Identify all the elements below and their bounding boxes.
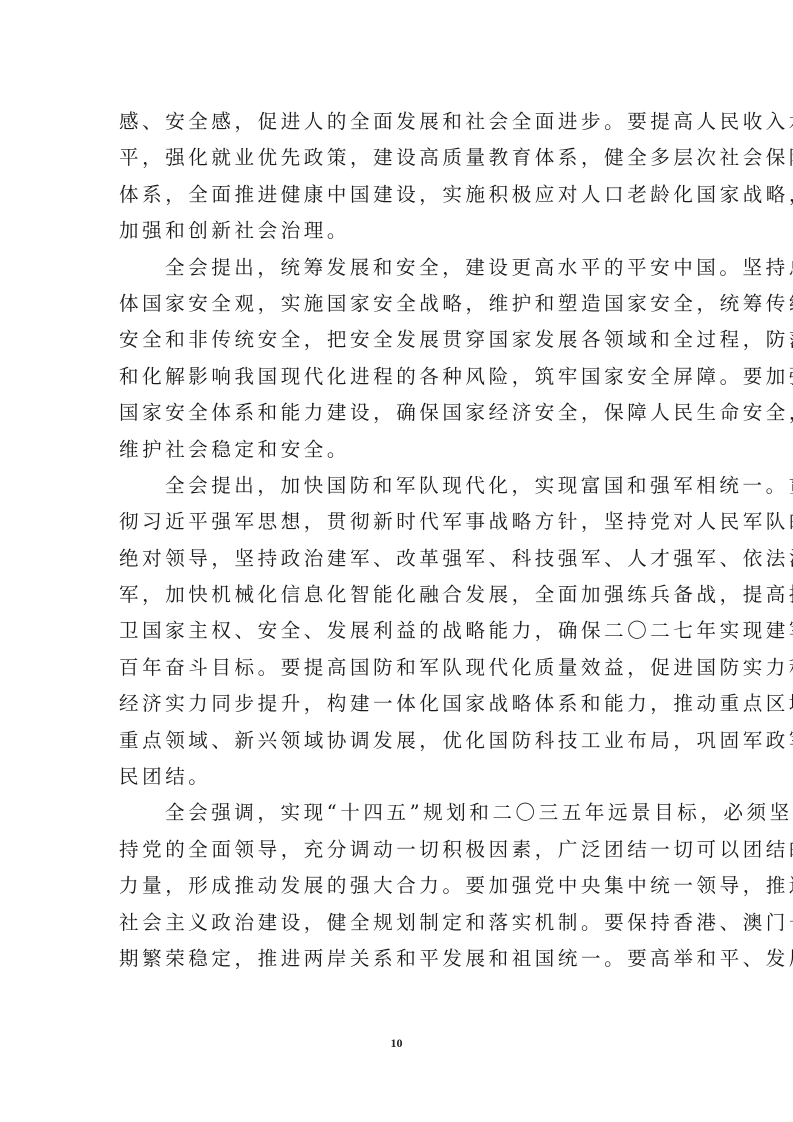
text-line: 全会提出，统筹发展和安全，建设更高水平的平安中国。坚持总 bbox=[119, 250, 679, 286]
text-line: 持党的全面领导，充分调动一切积极因素，广泛团结一切可以团结的 bbox=[119, 832, 679, 868]
text-line: 彻习近平强军思想，贯彻新时代军事战略方针，坚持党对人民军队的 bbox=[119, 504, 679, 540]
body-text: 感、安全感，促进人的全面发展和社会全面进步。要提高人民收入水 平，强化就业优先政… bbox=[119, 104, 679, 977]
text-line: 社会主义政治建设，健全规划制定和落实机制。要保持香港、澳门长 bbox=[119, 905, 679, 941]
text-line: 国家安全体系和能力建设，确保国家经济安全，保障人民生命安全， bbox=[119, 395, 679, 431]
text-line: 经济实力同步提升，构建一体化国家战略体系和能力，推动重点区域、 bbox=[119, 686, 679, 722]
text-line: 民团结。 bbox=[119, 759, 679, 795]
text-line: 体系，全面推进健康中国建设，实施积极应对人口老龄化国家战略， bbox=[119, 177, 679, 213]
text-line: 全会强调，实现“十四五”规划和二〇三五年远景目标，必须坚 bbox=[119, 795, 679, 831]
text-line: 安全和非传统安全，把安全发展贯穿国家发展各领域和全过程，防范 bbox=[119, 322, 679, 358]
text-line: 重点领域、新兴领域协调发展，优化国防科技工业布局，巩固军政军 bbox=[119, 723, 679, 759]
text-line: 百年奋斗目标。要提高国防和军队现代化质量效益，促进国防实力和 bbox=[119, 650, 679, 686]
text-line: 全会提出，加快国防和军队现代化，实现富国和强军相统一。贯 bbox=[119, 468, 679, 504]
text-line: 绝对领导，坚持政治建军、改革强军、科技强军、人才强军、依法治 bbox=[119, 541, 679, 577]
text-line: 感、安全感，促进人的全面发展和社会全面进步。要提高人民收入水 bbox=[119, 104, 679, 140]
paragraph: 全会强调，实现“十四五”规划和二〇三五年远景目标，必须坚 持党的全面领导，充分调… bbox=[119, 795, 679, 977]
text-line: 卫国家主权、安全、发展利益的战略能力，确保二〇二七年实现建军 bbox=[119, 613, 679, 649]
text-line: 体国家安全观，实施国家安全战略，维护和塑造国家安全，统筹传统 bbox=[119, 286, 679, 322]
text-line: 维护社会稳定和安全。 bbox=[119, 432, 679, 468]
text-line: 力量，形成推动发展的强大合力。要加强党中央集中统一领导，推进 bbox=[119, 868, 679, 904]
text-line: 军，加快机械化信息化智能化融合发展，全面加强练兵备战，提高捍 bbox=[119, 577, 679, 613]
text-line: 和化解影响我国现代化进程的各种风险，筑牢国家安全屏障。要加强 bbox=[119, 359, 679, 395]
text-line: 加强和创新社会治理。 bbox=[119, 213, 679, 249]
document-page: 感、安全感，促进人的全面发展和社会全面进步。要提高人民收入水 平，强化就业优先政… bbox=[0, 0, 793, 1122]
paragraph: 全会提出，统筹发展和安全，建设更高水平的平安中国。坚持总 体国家安全观，实施国家… bbox=[119, 250, 679, 468]
paragraph: 感、安全感，促进人的全面发展和社会全面进步。要提高人民收入水 平，强化就业优先政… bbox=[119, 104, 679, 250]
page-number: 10 bbox=[0, 1036, 793, 1051]
paragraph: 全会提出，加快国防和军队现代化，实现富国和强军相统一。贯 彻习近平强军思想，贯彻… bbox=[119, 468, 679, 796]
text-line: 期繁荣稳定，推进两岸关系和平发展和祖国统一。要高举和平、发展、 bbox=[119, 941, 679, 977]
text-line: 平，强化就业优先政策，建设高质量教育体系，健全多层次社会保障 bbox=[119, 140, 679, 176]
